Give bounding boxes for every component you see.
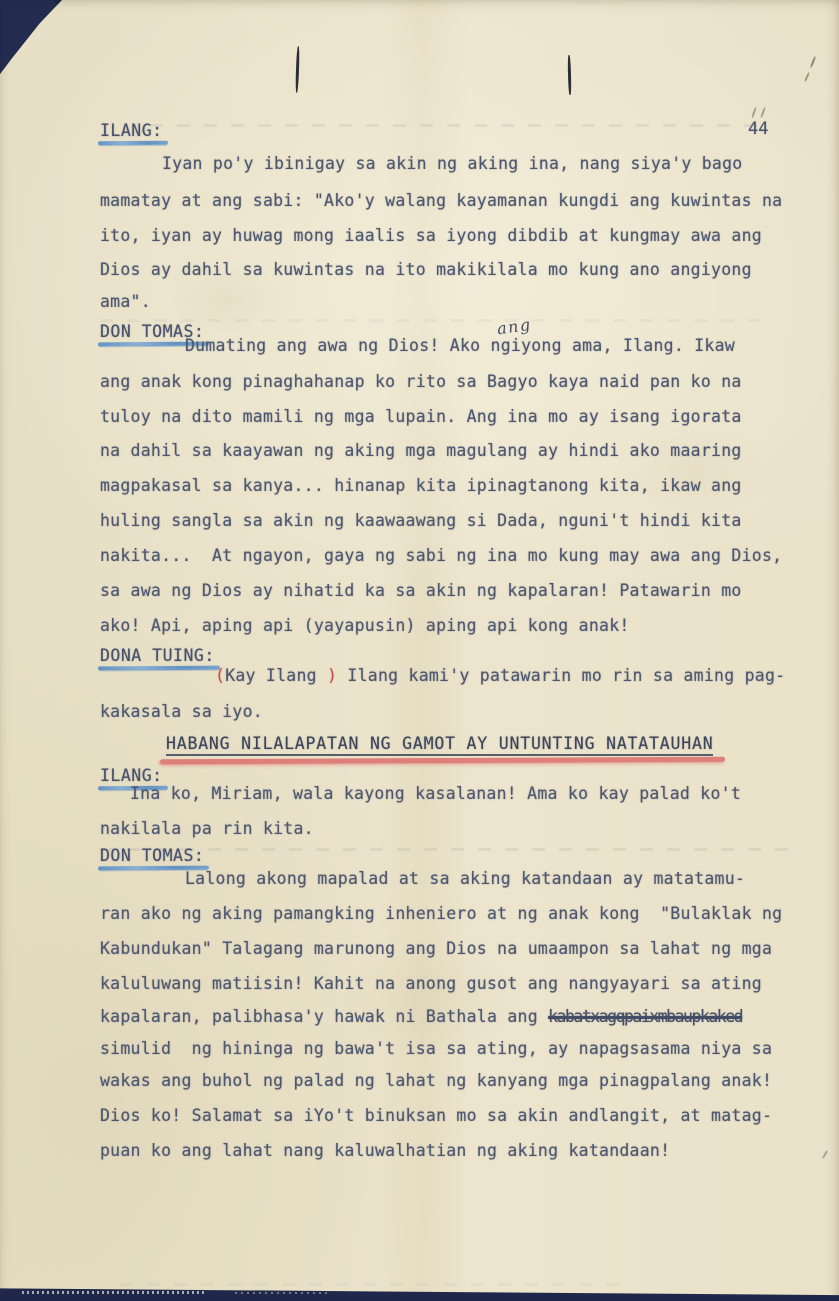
script-line: kaluluwang matiisin! Kahit na anong guso… [100, 972, 762, 996]
manuscript-page: 44 ILANG:Iyan po'y ibinigay sa akin ng a… [0, 0, 839, 1301]
script-line: mamatay at ang sabi: "Ako'y walang kayam… [100, 189, 782, 213]
stage-direction-text: HABANG NILALAPATAN NG GAMOT AY UNTUNTING… [166, 734, 713, 756]
script-line: Dumating ang awa ng Dios! Ako ngiyongang… [185, 334, 735, 358]
script-line: magpakasal sa kanya... hinanap kita ipin… [100, 474, 742, 498]
script-line: sa awa ng Dios ay nihatid ka sa akin ng … [100, 579, 742, 603]
script-line: (Kay Ilang ) Ilang kami'y patawarin mo r… [215, 664, 785, 688]
speaker-label: DONA TUING: [100, 644, 215, 668]
red-marked-paren: ( [215, 666, 225, 685]
pencil-tick [804, 72, 810, 82]
script-line: puan ko ang lahat nang kaluwalhatian ng … [100, 1139, 670, 1163]
script-line: wakas ang buhol ng palad ng lahat ng kan… [100, 1069, 772, 1093]
script-line: ako! Api, aping api (yayapusin) aping ap… [100, 614, 630, 638]
torn-corner-cover [0, 0, 62, 78]
pencil-tick [810, 56, 816, 68]
script-line: ito, iyan ay huwag mong iaalis sa iyong … [100, 224, 762, 248]
script-line: Kabundukan" Talagang marunong ang Dios n… [100, 937, 772, 961]
script-line: na dahil sa kaayawan ng aking mga magula… [100, 439, 742, 463]
stage-direction-heading: HABANG NILALAPATAN NG GAMOT AY UNTUNTING… [166, 732, 713, 756]
script-line: ang anak kong pinaghahanap ko rito sa Ba… [100, 370, 742, 394]
script-line: kakasala sa iyo. [100, 700, 263, 724]
pencil-tick [822, 1150, 828, 1159]
script-line: kapalaran, palibhasa'y hawak ni Bathala … [100, 1005, 742, 1029]
script-line: Dios ko! Salamat sa iYo't binuksan mo sa… [100, 1104, 772, 1128]
script-line: ran ako ng aking pamangking inheniero at… [100, 902, 782, 926]
red-marked-paren: ) [327, 666, 337, 685]
cover-edge-markings [22, 1291, 207, 1294]
speaker-name: DON TOMAS: [100, 846, 204, 865]
speaker-label: ILANG: [100, 119, 163, 143]
speaker-name: ILANG: [100, 121, 163, 140]
speaker-label: DON TOMAS: [100, 844, 204, 868]
pencil-tick [751, 107, 757, 118]
script-line: Ina ko, Miriam, wala kayong kasalanan! A… [130, 782, 741, 806]
struck-out-word: kabatxagqpaixmbaupkaked [548, 1007, 742, 1026]
handwritten-correction: ang [495, 316, 532, 339]
pen-mark [567, 55, 571, 95]
script-line: simulid ng hininga ng bawa't isa sa atin… [100, 1037, 772, 1061]
pen-mark [295, 46, 300, 93]
script-line: Iyan po'y ibinigay sa akin ng aking ina,… [162, 152, 742, 176]
speaker-name: DONA TUING: [100, 646, 215, 665]
script-line: huling sangla sa akin ng kaawaawang si D… [100, 509, 742, 533]
script-line: tuloy na dito mamili ng mga lupain. Ang … [100, 405, 742, 429]
script-line: Lalong akong mapalad at sa aking katanda… [185, 867, 745, 891]
script-line: nakita... At ngayon, gaya ng sabi ng ina… [100, 544, 782, 568]
script-line: nakilala pa rin kita. [100, 817, 314, 841]
cover-edge-markings [235, 1292, 330, 1294]
bleed-through-line [150, 124, 770, 127]
bleed-through-line [100, 848, 800, 851]
page-number: 44 [748, 119, 768, 139]
bottom-cover-edge [0, 1287, 839, 1301]
script-line: ama". [100, 290, 151, 314]
pencil-tick [760, 107, 766, 118]
script-line: Dios ay dahil sa kuwintas na ito makikil… [100, 258, 752, 282]
bleed-through-line [120, 1283, 620, 1286]
corrected-word: ngiyongang [491, 336, 562, 355]
